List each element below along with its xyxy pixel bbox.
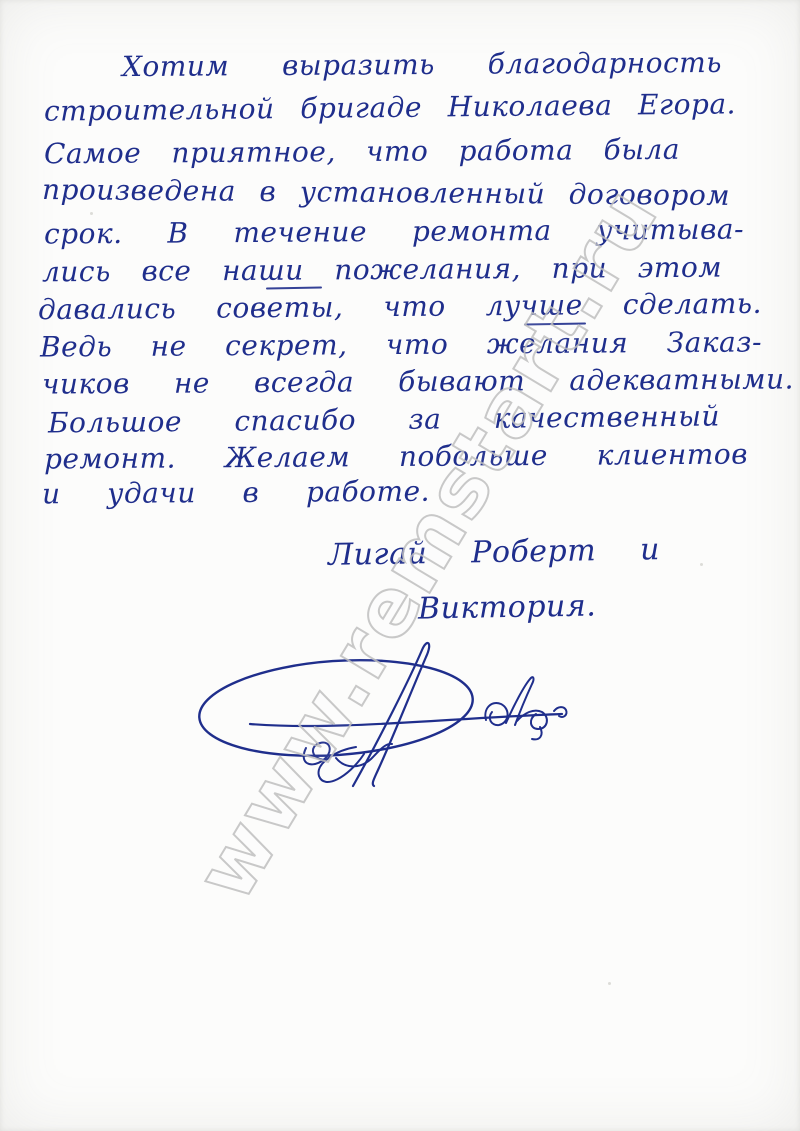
ink-underline-mark	[524, 322, 586, 325]
letter-line: чиков не всегда бывают адекватными.	[42, 364, 794, 400]
handwritten-signature-initials	[476, 674, 576, 744]
letter-line: произведена в установленный договором	[42, 175, 730, 212]
scan-speck	[700, 563, 703, 566]
letter-line: Самое приятное, что работа была	[44, 135, 680, 170]
scan-speck	[90, 212, 93, 215]
signoff-names-line: Лигай Роберт и	[328, 533, 661, 572]
letter-line: строительной бригаде Николаева Егора.	[44, 89, 736, 127]
scan-speck	[608, 982, 611, 985]
letter-line: Хотим выразить благодарность	[122, 48, 722, 83]
letter-line: и удачи в работе.	[42, 477, 430, 511]
ink-underline-mark	[266, 287, 322, 290]
letter-line: срок. В течение ремонта учитыва-	[44, 215, 744, 251]
scanned-letter-page: Хотим выразить благодарность строительно…	[0, 0, 800, 1131]
letter-line: Большое спасибо за качественный	[48, 401, 720, 439]
signoff-names-line: Виктория.	[418, 589, 599, 625]
letter-line: ремонт. Желаем побольше клиентов	[44, 440, 748, 476]
letter-line: лись все наши пожелания, при этом	[42, 253, 722, 289]
letter-line: Ведь не секрет, что желания Заказ-	[40, 327, 762, 363]
letter-line: давались советы, что лучше сделать.	[38, 289, 762, 326]
